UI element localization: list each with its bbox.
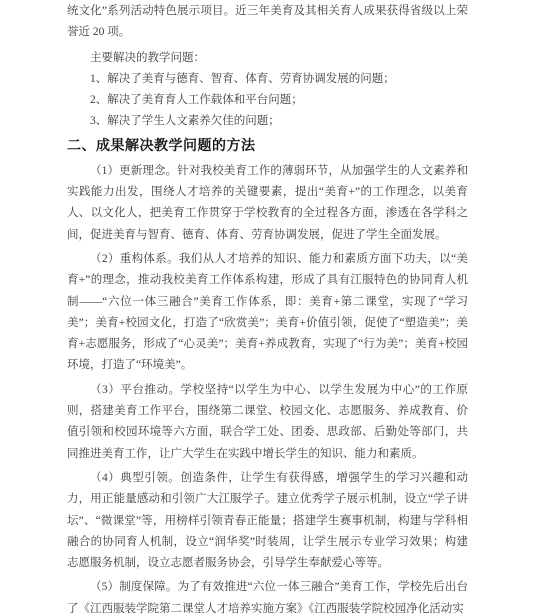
paragraph-continuation: 统文化”系列活动特色展示项目。近三年美育及其相关育人成果获得省级以上荣誉近 20… [67, 1, 468, 44]
paragraph-method-5-institutional-guarantee: （5）制度保障。为了有效推进“六位一体三融合”美育工作，学校先后出台了《江西服装… [67, 577, 468, 616]
paragraph-method-4-model-leading: （4）典型引领。创造条件，让学生有获得感，增强学生的学习兴趣和动力，用正能量感动… [67, 468, 468, 574]
paragraph-method-3-platform-drive: （3）平台推动。学校坚持“以学生为中心、以学生发展为中心”的工作原则，搭建美育工… [67, 380, 468, 465]
list-item-problem-3: 3、解决了学生人文素养欠佳的问题； [67, 111, 468, 132]
page-content: 统文化”系列活动特色展示项目。近三年美育及其相关育人成果获得省级以上荣誉近 20… [67, 0, 468, 616]
section-heading: 二、成果解决教学问题的方法 [67, 134, 468, 156]
document-page: 统文化”系列活动特色展示项目。近三年美育及其相关育人成果获得省级以上荣誉近 20… [0, 0, 553, 616]
list-item-problem-1: 1、解决了美育与德育、智育、体育、劳育协调发展的问题； [67, 69, 468, 90]
paragraph-method-1-update-concept: （1）更新理念。针对我校美育工作的薄弱环节，从加强学生的人文素养和实践能力出发，… [67, 161, 468, 246]
list-item-problem-2: 2、解决了美育育人工作载体和平台问题； [67, 90, 468, 111]
paragraph-problems-intro: 主要解决的教学问题： [67, 48, 468, 69]
paragraph-method-2-rebuild-system: （2）重构体系。我们从人才培养的知识、能力和素质方面下功夫，以“美育+”的理念，… [67, 249, 468, 377]
